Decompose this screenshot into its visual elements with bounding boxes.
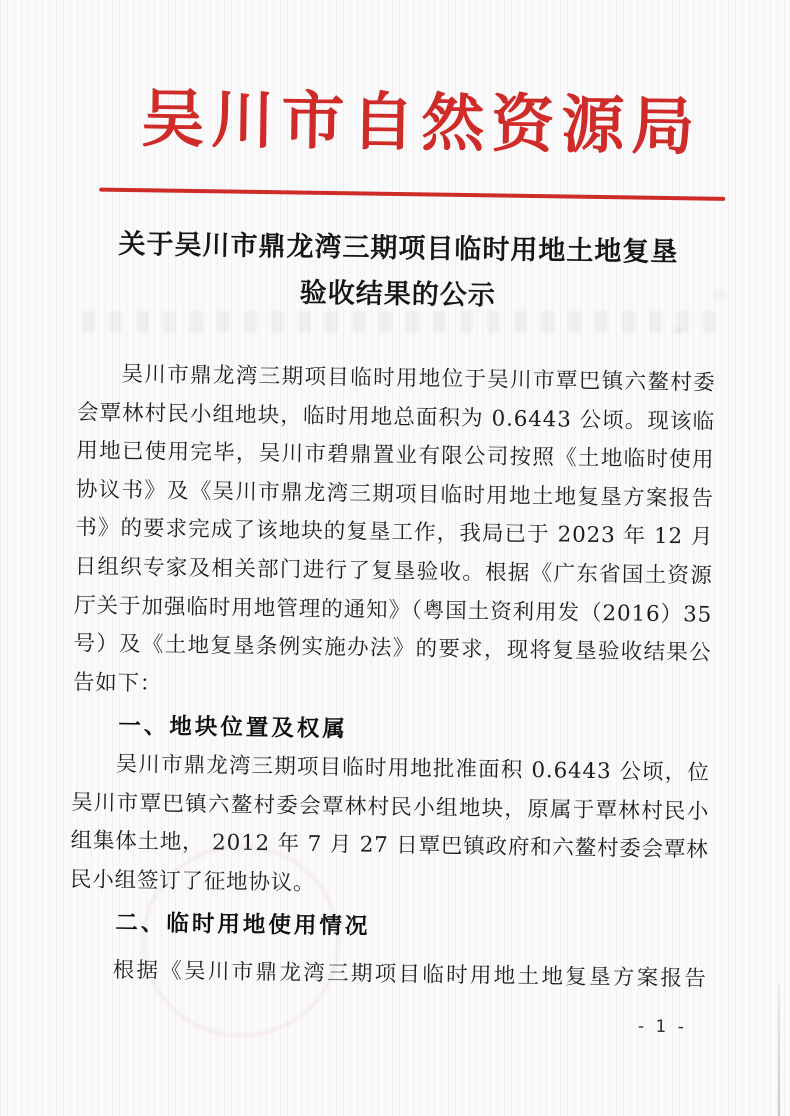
body-line: 根据《吴川市鼎龙湾三期项目临时用地土地复垦方案报告书》， — [68, 951, 707, 999]
document-content: 吴川市自然资源局 关于吴川市鼎龙湾三期项目临时用地土地复垦 验收结果的公示 吴川… — [0, 0, 790, 1116]
page-number: - 1 - — [638, 1017, 687, 1038]
scanned-document-page: 吴川市自然资源局 关于吴川市鼎龙湾三期项目临时用地土地复垦 验收结果的公示 吴川… — [0, 0, 790, 1116]
document-body: 吴川市鼎龙湾三期项目临时用地位于吴川市覃巴镇六鳌村委 会覃林村民小组地块，临时用… — [68, 355, 715, 999]
agency-header: 吴川市自然资源局 — [47, 81, 790, 165]
red-divider-line — [99, 188, 725, 201]
document-title: 关于吴川市鼎龙湾三期项目临时用地土地复垦 验收结果的公示 — [2, 220, 790, 324]
section-heading-2: 二、临时用地使用情况 — [69, 904, 708, 952]
